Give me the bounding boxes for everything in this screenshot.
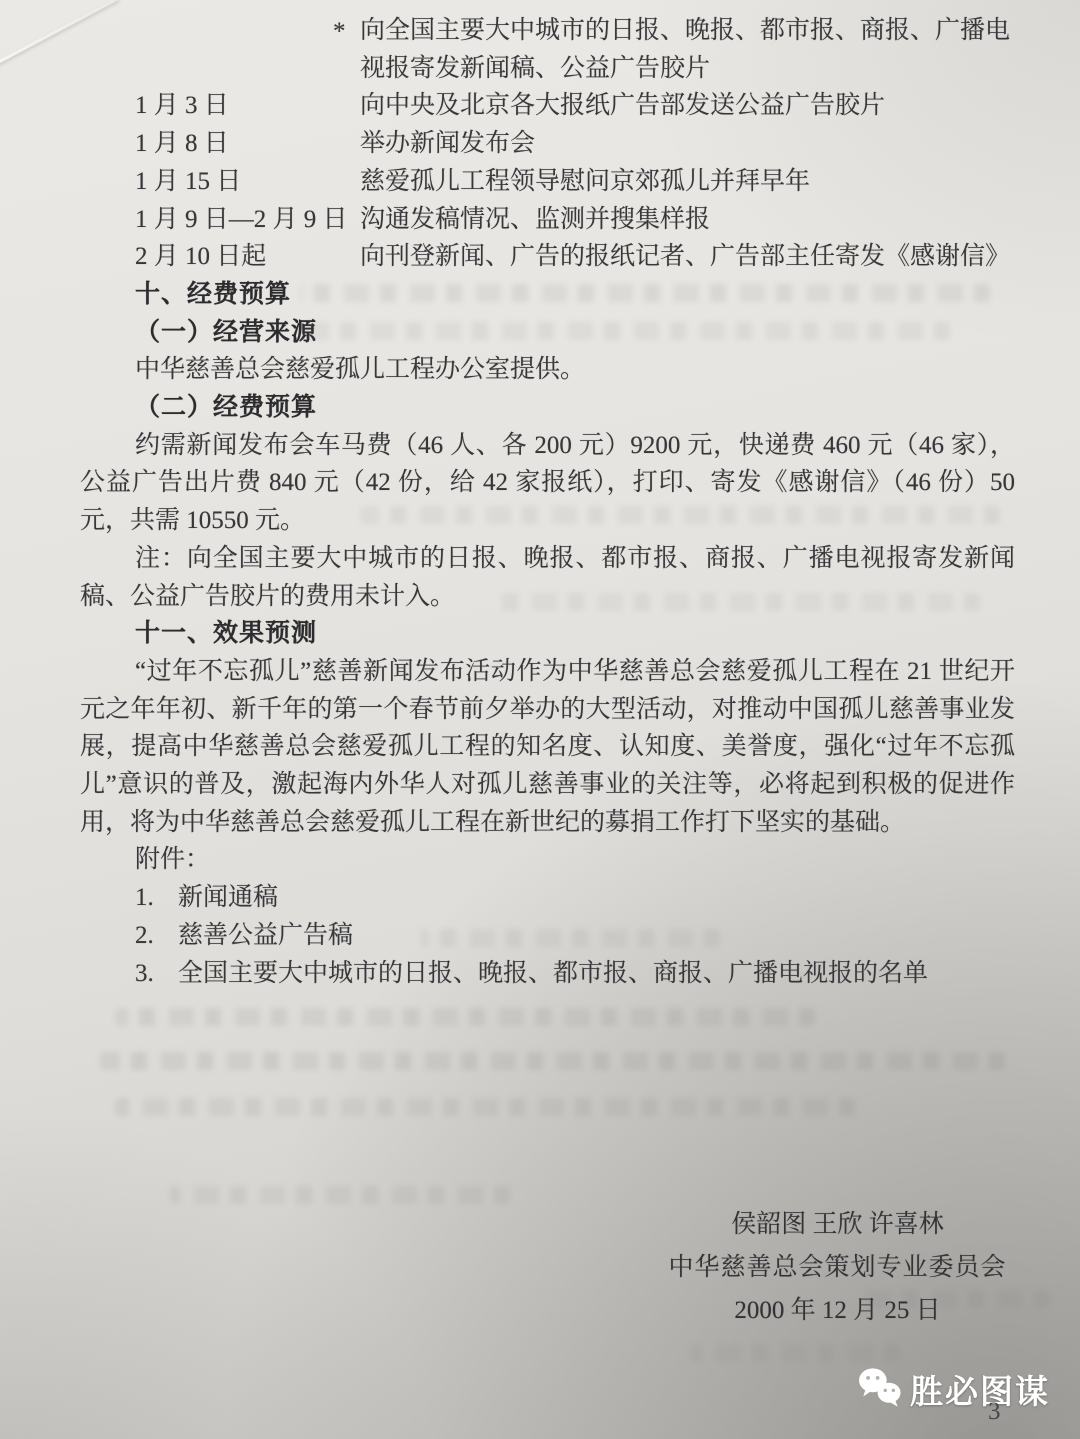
schedule-row: * 向全国主要大中城市的日报、晚报、都市报、商报、广播电视报寄发新闻稿、公益广告…: [80, 12, 1015, 87]
schedule-desc: 沟通发稿情况、监测并搜集样报: [360, 201, 1015, 239]
signature-organization: 中华慈善总会策划专业委员会: [665, 1246, 1010, 1289]
signature-date: 2000 年 12 月 25 日: [665, 1289, 1010, 1332]
schedule-date: 2 月 10 日起: [80, 238, 360, 276]
attachment-number: 1.: [135, 879, 178, 917]
page-number: 3: [988, 1398, 1001, 1426]
schedule-row: 1 月 9 日—2 月 9 日 沟通发稿情况、监测并搜集样报: [80, 201, 1015, 239]
signature-block: 侯韶图 王欣 许喜林 中华慈善总会策划专业委员会 2000 年 12 月 25 …: [665, 1203, 1010, 1332]
schedule-desc: 向中央及北京各大报纸广告部发送公益广告胶片: [360, 87, 1015, 125]
attachment-text: 新闻通稿: [178, 884, 278, 911]
schedule-date: 1 月 15 日: [80, 163, 360, 201]
section-10-sub2-heading: （二）经费预算: [80, 389, 1015, 427]
attachment-item: 1.新闻通稿: [80, 879, 1015, 917]
section-11-body: “过年不忘孤儿”慈善新闻发布活动作为中华慈善总会慈爱孤儿工程在 21 世纪开元之…: [80, 653, 1015, 842]
wechat-icon: [857, 1366, 903, 1413]
bleedthrough-smudge: [500, 593, 980, 611]
bleedthrough-smudge: [115, 1098, 855, 1116]
schedule-row: 1 月 15 日 慈爱孤儿工程领导慰问京郊孤儿并拜早年: [80, 163, 1015, 201]
schedule-date: 1 月 3 日: [80, 87, 360, 125]
schedule-desc: 举办新闻发布会: [360, 125, 1015, 163]
bleedthrough-smudge: [115, 1008, 815, 1026]
bleedthrough-smudge: [420, 929, 720, 947]
schedule-row: 2 月 10 日起 向刊登新闻、广告的报纸记者、广告部主任寄发《感谢信》: [80, 238, 1015, 276]
signature-names: 侯韶图 王欣 许喜林: [665, 1203, 1010, 1246]
schedule-row: 1 月 8 日 举办新闻发布会: [80, 125, 1015, 163]
bleedthrough-smudge: [300, 284, 990, 302]
attachment-number: 3.: [135, 955, 178, 993]
section-10-sub1-body: 中华慈善总会慈爱孤儿工程办公室提供。: [80, 351, 1015, 389]
attachment-text: 慈善公益广告稿: [178, 922, 353, 949]
attachment-text: 全国主要大中城市的日报、晚报、都市报、商报、广播电视报的名单: [178, 960, 928, 987]
bleedthrough-smudge: [690, 1344, 900, 1362]
schedule-date: 1 月 9 日—2 月 9 日: [80, 201, 360, 239]
schedule-row: 1 月 3 日 向中央及北京各大报纸广告部发送公益广告胶片: [80, 87, 1015, 125]
scanned-document-page: * 向全国主要大中城市的日报、晚报、都市报、商报、广播电视报寄发新闻稿、公益广告…: [0, 0, 1080, 1439]
document-body: * 向全国主要大中城市的日报、晚报、都市报、商报、广播电视报寄发新闻稿、公益广告…: [80, 12, 1015, 992]
attachments-heading: 附件：: [80, 841, 1015, 879]
section-11-heading: 十一、效果预测: [80, 615, 1015, 653]
asterisk-bullet: *: [333, 13, 346, 51]
watermark: 胜必图谋: [857, 1366, 1050, 1413]
schedule-desc-text: 向全国主要大中城市的日报、晚报、都市报、商报、广播电视报寄发新闻稿、公益广告胶片: [360, 17, 1010, 82]
bleedthrough-smudge: [170, 1186, 510, 1204]
schedule-date: 1 月 8 日: [80, 125, 360, 163]
schedule-desc: * 向全国主要大中城市的日报、晚报、都市报、商报、广播电视报寄发新闻稿、公益广告…: [360, 12, 1015, 87]
attachment-number: 2.: [135, 917, 178, 955]
schedule-date: [80, 12, 360, 87]
bleedthrough-smudge: [360, 506, 1000, 524]
attachment-item: 3.全国主要大中城市的日报、晚报、都市报、商报、广播电视报的名单: [80, 955, 1015, 993]
schedule-desc: 向刊登新闻、广告的报纸记者、广告部主任寄发《感谢信》: [360, 238, 1015, 276]
watermark-label: 胜必图谋: [910, 1366, 1050, 1413]
schedule-desc: 慈爱孤儿工程领导慰问京郊孤儿并拜早年: [360, 163, 1015, 201]
bleedthrough-smudge: [100, 1052, 1005, 1070]
bleedthrough-smudge: [300, 322, 950, 340]
